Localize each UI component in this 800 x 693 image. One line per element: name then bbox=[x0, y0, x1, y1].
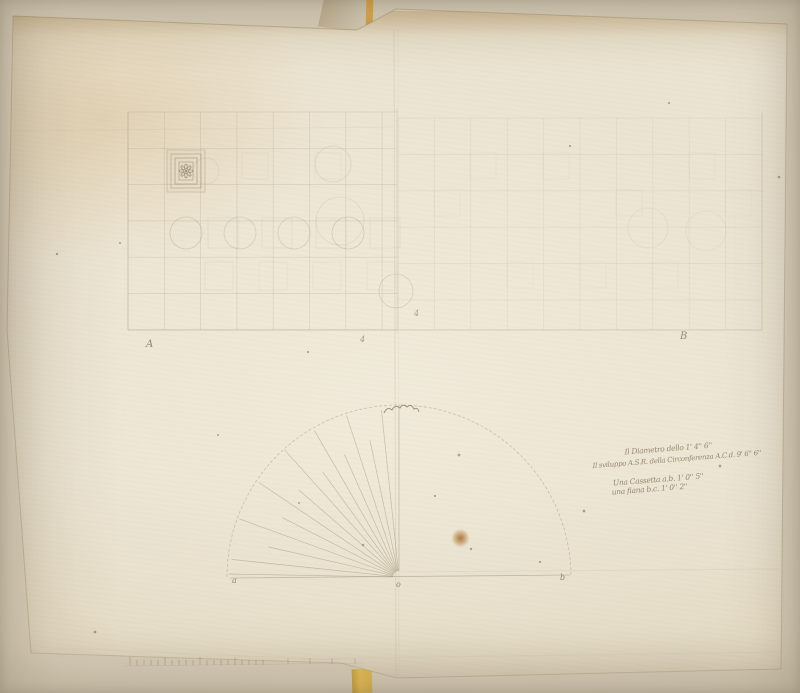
drawing-sheet bbox=[0, 0, 800, 693]
archival-photo-of-drawing: A B 4 4 a o b Il Diametro dello 1' 4'' 6… bbox=[0, 0, 800, 693]
sheet-bottom-shading bbox=[0, 633, 800, 693]
sheet-top-fold-band bbox=[0, 11, 800, 37]
sheet-left-shading bbox=[0, 0, 120, 693]
brown-stain-spot bbox=[452, 529, 469, 548]
tape-strip-bottom bbox=[352, 669, 373, 693]
